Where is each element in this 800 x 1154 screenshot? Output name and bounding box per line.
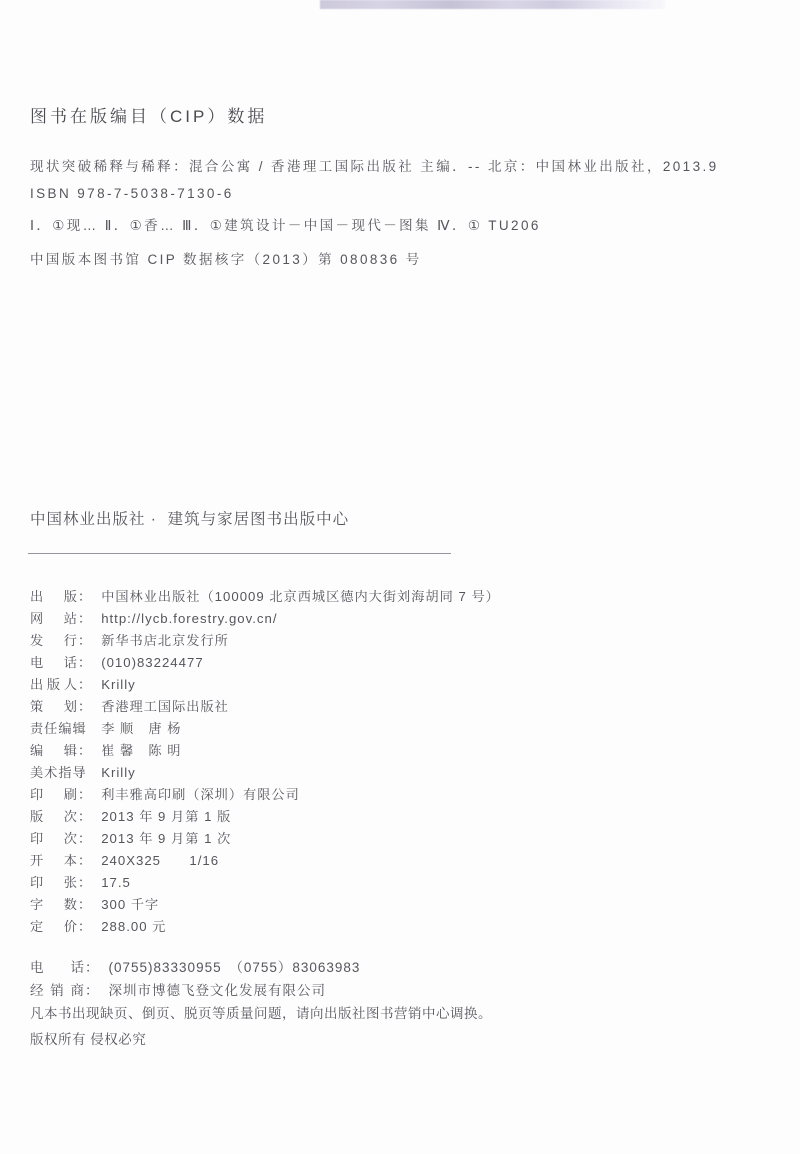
- colophon-value: (010)83224477: [101, 655, 203, 670]
- colophon-row: 责任编辑：李 顺 唐 杨: [30, 718, 500, 740]
- colophon-colon: ：: [78, 696, 92, 718]
- colophon-label: 出版人: [30, 674, 78, 696]
- colophon-label: 网站: [30, 608, 78, 630]
- colophon-colon: ：: [78, 784, 92, 806]
- publisher-center-line: 中国林业出版社 · 建筑与家居图书出版中心: [30, 507, 349, 529]
- colophon-label: 策划: [30, 696, 78, 718]
- colophon-colon: ：: [78, 674, 92, 696]
- scan-artifact-bar: [320, 0, 665, 9]
- colophon-value: 288.00 元: [101, 919, 166, 934]
- colophon-label: 开本: [30, 850, 78, 872]
- colophon-row: 字数：300 千字: [30, 894, 500, 916]
- colophon-row: 网站：http://lycb.forestry.gov.cn/: [30, 608, 500, 630]
- colophon-value: 2013 年 9 月第 1 次: [101, 831, 231, 846]
- footer-row: 经销商：深圳市博德飞登文化发展有限公司: [30, 979, 360, 1002]
- colophon-colon: ：: [78, 608, 92, 630]
- colophon-label: 美术指导: [30, 762, 78, 784]
- footer-label: 经销商: [30, 979, 85, 1002]
- colophon-colon: ：: [78, 872, 92, 894]
- colophon-colon: ：: [78, 762, 92, 784]
- colophon-label: 印刷: [30, 784, 78, 806]
- colophon-row: 编辑：崔 馨 陈 明: [30, 740, 500, 762]
- colophon-label: 编辑: [30, 740, 78, 762]
- colophon-value: Krilly: [101, 765, 136, 780]
- footer-contact-block: 电话：(0755)83330955 （0755）83063983经销商：深圳市博…: [30, 956, 360, 1002]
- colophon-label: 电话: [30, 652, 78, 674]
- colophon-row: 印刷：利丰雅高印刷（深圳）有限公司: [30, 784, 500, 806]
- colophon-label: 发行: [30, 630, 78, 652]
- colophon-label: 版次: [30, 806, 78, 828]
- cip-description-line: 现状突破稀释与稀释：混合公寓 / 香港理工国际出版社 主编．-- 北京：中国林业…: [30, 155, 719, 175]
- colophon-colon: ：: [78, 630, 92, 652]
- cip-heading: 图书在版编目（CIP）数据: [30, 102, 267, 127]
- book-copyright-page: 图书在版编目（CIP）数据 现状突破稀释与稀释：混合公寓 / 香港理工国际出版社…: [0, 0, 800, 1154]
- colophon-value: 2013 年 9 月第 1 版: [101, 809, 231, 824]
- colophon-label: 印次: [30, 828, 78, 850]
- colophon-value: http://lycb.forestry.gov.cn/: [101, 611, 277, 626]
- colophon-value: 香港理工国际出版社: [101, 699, 229, 714]
- colophon-colon: ：: [78, 806, 92, 828]
- colophon-value: 新华书店北京发行所: [101, 633, 229, 648]
- colophon-label: 字数: [30, 894, 78, 916]
- divider-rule: [28, 553, 451, 554]
- cip-classification-line: Ⅰ．①现… Ⅱ．①香… Ⅲ．①建筑设计－中国－现代－图集 Ⅳ．① TU206: [30, 214, 541, 234]
- colophon-value: 17.5: [101, 875, 131, 890]
- colophon-colon: ：: [78, 652, 92, 674]
- colophon-row: 美术指导：Krilly: [30, 762, 500, 784]
- colophon-value: 崔 馨 陈 明: [101, 743, 181, 758]
- colophon-value: 240X325 1/16: [101, 853, 219, 868]
- colophon-value: 利丰雅高印刷（深圳）有限公司: [101, 787, 300, 802]
- colophon-label: 定价: [30, 916, 78, 938]
- footer-label: 电话: [30, 956, 85, 979]
- colophon-row: 出版人：Krilly: [30, 674, 500, 696]
- colophon-value: 300 千字: [101, 897, 159, 912]
- colophon-row: 印张：17.5: [30, 872, 500, 894]
- footer-value: 深圳市博德飞登文化发展有限公司: [109, 983, 327, 998]
- colophon-label: 责任编辑: [30, 718, 78, 740]
- colophon-colon: ：: [78, 586, 92, 608]
- cip-record-number-line: 中国版本图书馆 CIP 数据核字（2013）第 080836 号: [30, 248, 422, 268]
- colophon-block: 出版：中国林业出版社（100009 北京西城区德内大街刘海胡同 7 号）网站：h…: [30, 586, 500, 938]
- colophon-colon: ：: [78, 894, 92, 916]
- footer-value: (0755)83330955 （0755）83063983: [109, 960, 361, 975]
- copyright-statement: 版权所有 侵权必究: [30, 1028, 146, 1048]
- colophon-value: Krilly: [101, 677, 136, 692]
- colophon-value: 中国林业出版社（100009 北京西城区德内大街刘海胡同 7 号）: [101, 589, 500, 604]
- colophon-label: 印张: [30, 872, 78, 894]
- colophon-row: 策划：香港理工国际出版社: [30, 696, 500, 718]
- colophon-row: 定价：288.00 元: [30, 916, 500, 938]
- colophon-colon: ：: [78, 828, 92, 850]
- colophon-colon: ：: [78, 740, 92, 762]
- quality-notice: 凡本书出现缺页、倒页、脱页等质量问题，请向出版社图书营销中心调换。: [30, 1002, 492, 1022]
- colophon-value: 李 顺 唐 杨: [101, 721, 181, 736]
- footer-colon: ：: [85, 956, 100, 979]
- colophon-colon: ：: [78, 718, 92, 740]
- colophon-row: 发行：新华书店北京发行所: [30, 630, 500, 652]
- isbn-line: ISBN 978-7-5038-7130-6: [30, 186, 234, 201]
- colophon-colon: ：: [78, 916, 92, 938]
- colophon-row: 印次：2013 年 9 月第 1 次: [30, 828, 500, 850]
- colophon-row: 开本：240X325 1/16: [30, 850, 500, 872]
- colophon-row: 出版：中国林业出版社（100009 北京西城区德内大街刘海胡同 7 号）: [30, 586, 500, 608]
- footer-colon: ：: [85, 979, 100, 1002]
- colophon-row: 电话：(010)83224477: [30, 652, 500, 674]
- footer-row: 电话：(0755)83330955 （0755）83063983: [30, 956, 360, 979]
- colophon-colon: ：: [78, 850, 92, 872]
- colophon-row: 版次：2013 年 9 月第 1 版: [30, 806, 500, 828]
- colophon-label: 出版: [30, 586, 78, 608]
